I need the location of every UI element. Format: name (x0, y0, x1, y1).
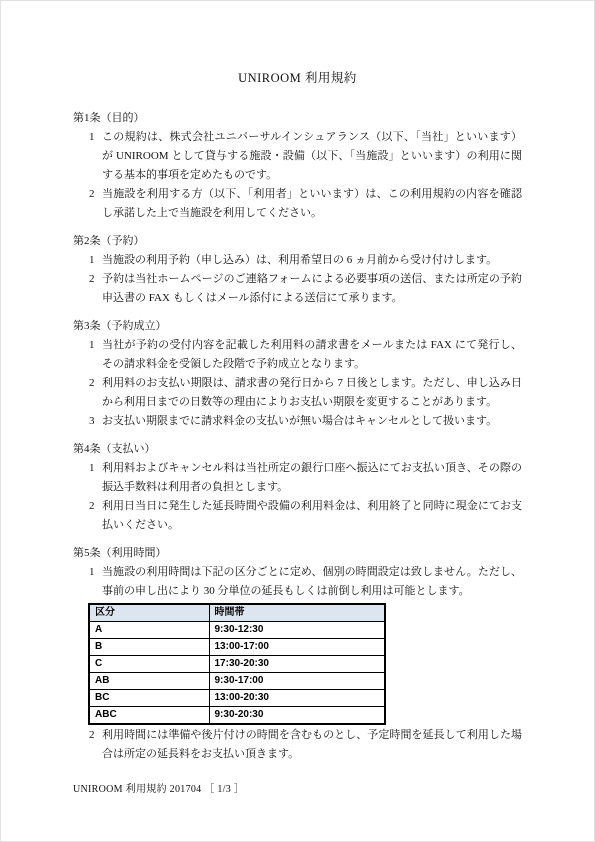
table-row: AB 9:30-17:00 (89, 673, 385, 690)
clause-text: この規約は、株式会社ユニバーサルインシュアランス（以下、「当社」といいます）が … (102, 128, 522, 185)
table-cell-timeband: 13:00-20:30 (209, 690, 385, 707)
clause-text: 利用料のお支払い期限は、請求書の発行日から 7 日後とします。ただし、申し込み日… (102, 374, 522, 412)
clause: 2 利用日当日に発生した延長時間や設備の利用料金は、利用終了と同時に現金にてお支… (89, 497, 522, 535)
clause: 2 予約は当社ホームページのご連絡フォームによる必要事項の送信、または所定の予約… (89, 270, 522, 308)
clause: 1 当施設の利用時間は下記の区分ごとに定め、個別の時間設定は致しません。ただし、… (89, 563, 522, 601)
usage-time-table: 区分 時間帯 A 9:30-12:30 B 13:00-17:00 C 17:3… (88, 603, 386, 725)
table-cell-category: C (89, 656, 209, 673)
table-cell-timeband: 17:30-20:30 (209, 656, 385, 673)
table-row: A 9:30-12:30 (89, 622, 385, 639)
clause-text: 利用料およびキャンセル料は当社所定の銀行口座へ振込にてお支払い頂き、その際の振込… (102, 459, 522, 497)
clause: 2 当施設を利用する方（以下、「利用者」といいます）は、この利用規約の内容を確認… (89, 185, 522, 223)
clause-number: 1 (89, 128, 102, 185)
section-heading: 第2条（予約） (73, 232, 522, 251)
table-header-cell-category: 区分 (89, 604, 209, 622)
clause-number: 2 (89, 270, 102, 308)
section-reservation: 第2条（予約） 1 当施設の利用予約（申し込み）は、利用希望日の 6 ヵ月前から… (73, 232, 522, 308)
table-cell-category: AB (89, 673, 209, 690)
clause-number: 1 (89, 563, 102, 601)
section-heading: 第5条（利用時間） (73, 544, 522, 563)
section-reservation-completion: 第3条（予約成立） 1 当社が予約の受付内容を記載した利用料の請求書をメールまた… (73, 317, 522, 431)
table-cell-timeband: 9:30-17:00 (209, 673, 385, 690)
clause-text: 当施設を利用する方（以下、「利用者」といいます）は、この利用規約の内容を確認し承… (102, 185, 522, 223)
table-row: B 13:00-17:00 (89, 639, 385, 656)
document-page: UNIROOM 利用規約 第1条（目的） 1 この規約は、株式会社ユニバーサルイ… (0, 0, 595, 842)
table-header-row: 区分 時間帯 (89, 604, 385, 622)
table-cell-timeband: 13:00-17:00 (209, 639, 385, 656)
table-row: BC 13:00-20:30 (89, 690, 385, 707)
table-cell-category: ABC (89, 707, 209, 725)
clause-text: お支払い期限までに請求料金の支払いが無い場合はキャンセルとして扱います。 (102, 412, 522, 431)
clause-number: 1 (89, 251, 102, 270)
clause: 3 お支払い期限までに請求料金の支払いが無い場合はキャンセルとして扱います。 (89, 412, 522, 431)
clause: 1 当社が予約の受付内容を記載した利用料の請求書をメールまたは FAX にて発行… (89, 336, 522, 374)
table-row: ABC 9:30-20:30 (89, 707, 385, 725)
section-heading: 第1条（目的） (73, 109, 522, 128)
clause-text: 利用日当日に発生した延長時間や設備の利用料金は、利用終了と同時に現金にてお支払い… (102, 497, 522, 535)
section-heading: 第3条（予約成立） (73, 317, 522, 336)
section-payment: 第4条（支払い） 1 利用料およびキャンセル料は当社所定の銀行口座へ振込にてお支… (73, 440, 522, 535)
clause-number: 2 (89, 185, 102, 223)
document-title: UNIROOM 利用規約 (73, 69, 522, 88)
table-header-cell-timeband: 時間帯 (209, 604, 385, 622)
clause-text: 当施設の利用予約（申し込み）は、利用希望日の 6 ヵ月前から受け付けします。 (102, 251, 522, 270)
clause-number: 3 (89, 412, 102, 431)
table-cell-category: BC (89, 690, 209, 707)
table-cell-timeband: 9:30-12:30 (209, 622, 385, 639)
clause-number: 1 (89, 459, 102, 497)
table-cell-category: A (89, 622, 209, 639)
document-content: UNIROOM 利用規約 第1条（目的） 1 この規約は、株式会社ユニバーサルイ… (1, 1, 594, 764)
clause: 2 利用料のお支払い期限は、請求書の発行日から 7 日後とします。ただし、申し込… (89, 374, 522, 412)
page-footer: UNIROOM 利用規約 201704 ［ 1/3 ］ (73, 783, 244, 797)
clause: 1 この規約は、株式会社ユニバーサルインシュアランス（以下、「当社」といいます）… (89, 128, 522, 185)
clause-text: 当施設の利用時間は下記の区分ごとに定め、個別の時間設定は致しません。ただし、事前… (102, 563, 522, 601)
table-cell-category: B (89, 639, 209, 656)
clause: 1 利用料およびキャンセル料は当社所定の銀行口座へ振込にてお支払い頂き、その際の… (89, 459, 522, 497)
section-usage-hours: 第5条（利用時間） 1 当施設の利用時間は下記の区分ごとに定め、個別の時間設定は… (73, 544, 522, 764)
clause-number: 2 (89, 374, 102, 412)
clause-text: 利用時間には準備や後片付けの時間を含むものとし、予定時間を延長して利用した場合は… (102, 726, 522, 764)
clause-number: 2 (89, 497, 102, 535)
clause-text: 当社が予約の受付内容を記載した利用料の請求書をメールまたは FAX にて発行し、… (102, 336, 522, 374)
table-row: C 17:30-20:30 (89, 656, 385, 673)
section-purpose: 第1条（目的） 1 この規約は、株式会社ユニバーサルインシュアランス（以下、「当… (73, 109, 522, 223)
section-heading: 第4条（支払い） (73, 440, 522, 459)
clause: 2 利用時間には準備や後片付けの時間を含むものとし、予定時間を延長して利用した場… (89, 726, 522, 764)
clause-number: 1 (89, 336, 102, 374)
clause-number: 2 (89, 726, 102, 764)
table-cell-timeband: 9:30-20:30 (209, 707, 385, 725)
clause: 1 当施設の利用予約（申し込み）は、利用希望日の 6 ヵ月前から受け付けします。 (89, 251, 522, 270)
clause-text: 予約は当社ホームページのご連絡フォームによる必要事項の送信、または所定の予約申込… (102, 270, 522, 308)
